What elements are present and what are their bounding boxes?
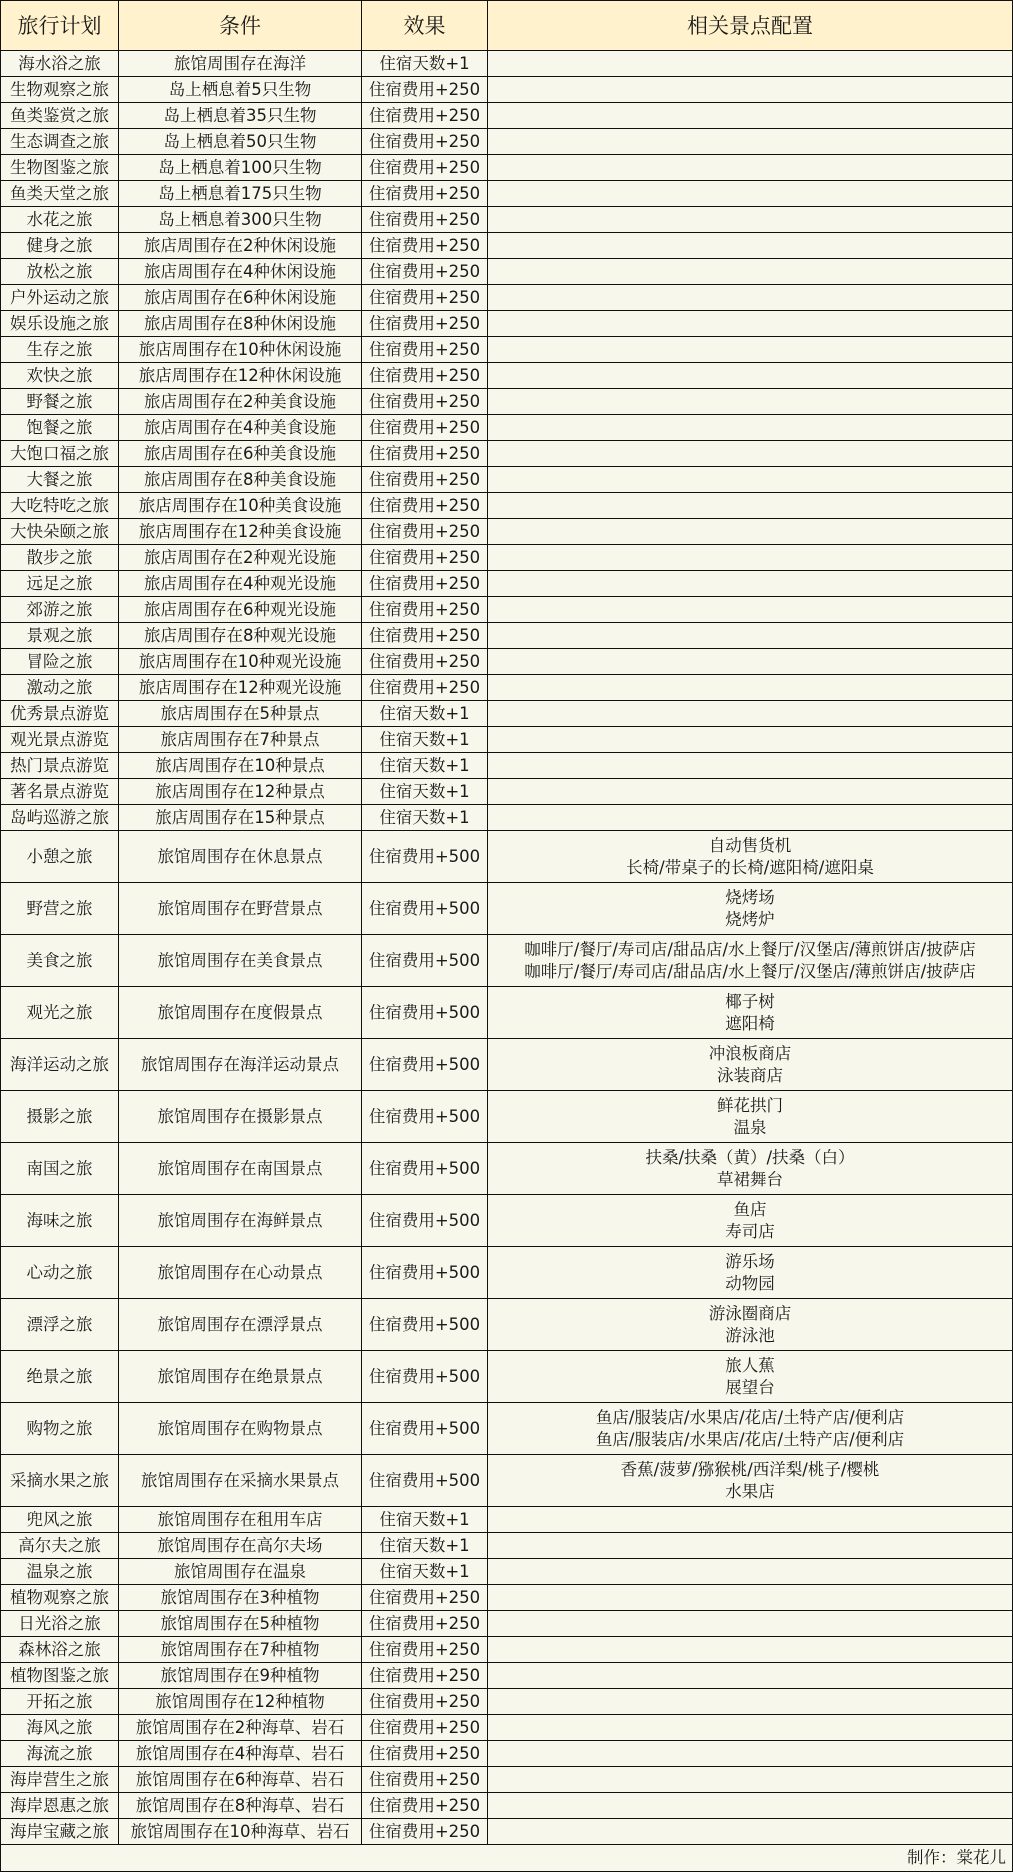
- effect-cell: 住宿费用+250: [362, 103, 488, 129]
- condition-cell: 旅店周围存在2种美食设施: [119, 389, 362, 415]
- table-row: 美食之旅旅馆周围存在美食景点住宿费用+500咖啡厅/餐厅/寿司店/甜品店/水上餐…: [1, 935, 1013, 987]
- condition-cell: 旅馆周围存在4种海草、岩石: [119, 1741, 362, 1767]
- table-row: 大饱口福之旅旅店周围存在6种美食设施住宿费用+250: [1, 441, 1013, 467]
- spot-line: 咖啡厅/餐厅/寿司店/甜品店/水上餐厅/汉堡店/薄煎饼店/披萨店: [488, 939, 1012, 961]
- plan-cell: 热门景点游览: [1, 753, 119, 779]
- spot-line: 长椅/带桌子的长椅/遮阳椅/遮阳桌: [488, 857, 1012, 879]
- table-row: 激动之旅旅店周围存在12种观光设施住宿费用+250: [1, 675, 1013, 701]
- plan-cell: 海风之旅: [1, 1715, 119, 1741]
- table-row: 生物观察之旅岛上栖息着5只生物住宿费用+250: [1, 77, 1013, 103]
- spots-cell: [488, 51, 1013, 77]
- effect-cell: 住宿费用+250: [362, 207, 488, 233]
- table-row: 购物之旅旅馆周围存在购物景点住宿费用+500鱼店/服装店/水果店/花店/土特产店…: [1, 1403, 1013, 1455]
- table-row: 景观之旅旅店周围存在8种观光设施住宿费用+250: [1, 623, 1013, 649]
- spot-line: 泳装商店: [488, 1065, 1012, 1087]
- effect-cell: 住宿费用+500: [362, 1143, 488, 1195]
- effect-cell: 住宿天数+1: [362, 779, 488, 805]
- spots-cell: [488, 753, 1013, 779]
- table-row: 观光之旅旅馆周围存在度假景点住宿费用+500椰子树遮阳椅: [1, 987, 1013, 1039]
- spots-cell: [488, 1819, 1013, 1845]
- table-row: 海味之旅旅馆周围存在海鲜景点住宿费用+500鱼店寿司店: [1, 1195, 1013, 1247]
- plan-cell: 大餐之旅: [1, 467, 119, 493]
- plan-cell: 岛屿巡游之旅: [1, 805, 119, 831]
- plan-cell: 生物观察之旅: [1, 77, 119, 103]
- spots-cell: [488, 727, 1013, 753]
- plan-cell: 日光浴之旅: [1, 1611, 119, 1637]
- spots-cell: 冲浪板商店泳装商店: [488, 1039, 1013, 1091]
- condition-cell: 旅馆周围存在10种海草、岩石: [119, 1819, 362, 1845]
- plan-cell: 娱乐设施之旅: [1, 311, 119, 337]
- condition-cell: 旅店周围存在7种景点: [119, 727, 362, 753]
- spot-line: 鱼店/服装店/水果店/花店/土特产店/便利店: [488, 1429, 1012, 1451]
- plan-cell: 冒险之旅: [1, 649, 119, 675]
- table-row: 绝景之旅旅馆周围存在绝景景点住宿费用+500旅人蕉展望台: [1, 1351, 1013, 1403]
- condition-cell: 旅馆周围存在租用车店: [119, 1507, 362, 1533]
- effect-cell: 住宿费用+250: [362, 675, 488, 701]
- condition-cell: 旅馆周围存在8种海草、岩石: [119, 1793, 362, 1819]
- plan-cell: 生存之旅: [1, 337, 119, 363]
- table-row: 郊游之旅旅店周围存在6种观光设施住宿费用+250: [1, 597, 1013, 623]
- effect-cell: 住宿费用+250: [362, 493, 488, 519]
- table-row: 心动之旅旅馆周围存在心动景点住宿费用+500游乐场动物园: [1, 1247, 1013, 1299]
- condition-cell: 旅馆周围存在绝景景点: [119, 1351, 362, 1403]
- condition-cell: 旅店周围存在10种观光设施: [119, 649, 362, 675]
- condition-cell: 旅馆周围存在度假景点: [119, 987, 362, 1039]
- spots-cell: 鲜花拱门温泉: [488, 1091, 1013, 1143]
- plan-cell: 植物图鉴之旅: [1, 1663, 119, 1689]
- effect-cell: 住宿费用+500: [362, 987, 488, 1039]
- condition-cell: 旅店周围存在4种观光设施: [119, 571, 362, 597]
- table-row: 大吃特吃之旅旅店周围存在10种美食设施住宿费用+250: [1, 493, 1013, 519]
- table-row: 生存之旅旅店周围存在10种休闲设施住宿费用+250: [1, 337, 1013, 363]
- spots-cell: [488, 181, 1013, 207]
- effect-cell: 住宿费用+250: [362, 1663, 488, 1689]
- plan-cell: 绝景之旅: [1, 1351, 119, 1403]
- condition-cell: 旅馆周围存在采摘水果景点: [119, 1455, 362, 1507]
- spots-cell: [488, 545, 1013, 571]
- table-row: 森林浴之旅旅馆周围存在7种植物住宿费用+250: [1, 1637, 1013, 1663]
- spot-line: 烧烤炉: [488, 909, 1012, 931]
- effect-cell: 住宿费用+500: [362, 1195, 488, 1247]
- effect-cell: 住宿费用+250: [362, 259, 488, 285]
- effect-cell: 住宿费用+500: [362, 1039, 488, 1091]
- spots-cell: [488, 415, 1013, 441]
- spots-cell: [488, 389, 1013, 415]
- spots-cell: 游泳圈商店游泳池: [488, 1299, 1013, 1351]
- plan-cell: 远足之旅: [1, 571, 119, 597]
- condition-cell: 旅店周围存在12种美食设施: [119, 519, 362, 545]
- plan-cell: 水花之旅: [1, 207, 119, 233]
- spots-cell: [488, 467, 1013, 493]
- condition-cell: 旅馆周围存在摄影景点: [119, 1091, 362, 1143]
- effect-cell: 住宿天数+1: [362, 1533, 488, 1559]
- spots-cell: [488, 779, 1013, 805]
- effect-cell: 住宿费用+250: [362, 441, 488, 467]
- table-row: 海岸恩惠之旅旅馆周围存在8种海草、岩石住宿费用+250: [1, 1793, 1013, 1819]
- table-row: 优秀景点游览旅店周围存在5种景点住宿天数+1: [1, 701, 1013, 727]
- plan-cell: 生物图鉴之旅: [1, 155, 119, 181]
- spot-line: 水果店: [488, 1481, 1012, 1503]
- spots-cell: [488, 77, 1013, 103]
- effect-cell: 住宿天数+1: [362, 753, 488, 779]
- effect-cell: 住宿费用+250: [362, 337, 488, 363]
- spots-cell: [488, 259, 1013, 285]
- condition-cell: 岛上栖息着100只生物: [119, 155, 362, 181]
- spot-line: 温泉: [488, 1117, 1012, 1139]
- plan-cell: 鱼类天堂之旅: [1, 181, 119, 207]
- spots-cell: [488, 1533, 1013, 1559]
- condition-cell: 旅馆周围存在购物景点: [119, 1403, 362, 1455]
- condition-cell: 岛上栖息着35只生物: [119, 103, 362, 129]
- spots-cell: [488, 103, 1013, 129]
- plan-cell: 景观之旅: [1, 623, 119, 649]
- condition-cell: 旅馆周围存在2种海草、岩石: [119, 1715, 362, 1741]
- spots-cell: [488, 441, 1013, 467]
- effect-cell: 住宿天数+1: [362, 805, 488, 831]
- table-row: 热门景点游览旅店周围存在10种景点住宿天数+1: [1, 753, 1013, 779]
- effect-cell: 住宿费用+250: [362, 545, 488, 571]
- condition-cell: 旅店周围存在12种休闲设施: [119, 363, 362, 389]
- effect-cell: 住宿费用+250: [362, 363, 488, 389]
- spots-cell: [488, 623, 1013, 649]
- plan-cell: 放松之旅: [1, 259, 119, 285]
- condition-cell: 旅店周围存在2种观光设施: [119, 545, 362, 571]
- effect-cell: 住宿天数+1: [362, 727, 488, 753]
- effect-cell: 住宿费用+250: [362, 1715, 488, 1741]
- condition-cell: 旅店周围存在8种美食设施: [119, 467, 362, 493]
- spot-line: 烧烤场: [488, 887, 1012, 909]
- spot-line: 自动售货机: [488, 835, 1012, 857]
- footer-row: 制作：棠花儿: [1, 1845, 1013, 1872]
- plan-cell: 观光景点游览: [1, 727, 119, 753]
- table-row: 水花之旅岛上栖息着300只生物住宿费用+250: [1, 207, 1013, 233]
- condition-cell: 旅馆周围存在5种植物: [119, 1611, 362, 1637]
- condition-cell: 旅店周围存在8种观光设施: [119, 623, 362, 649]
- spots-cell: [488, 1689, 1013, 1715]
- effect-cell: 住宿费用+250: [362, 1793, 488, 1819]
- effect-cell: 住宿费用+500: [362, 1299, 488, 1351]
- header-row: 旅行计划 条件 效果 相关景点配置: [1, 1, 1013, 51]
- table-row: 野营之旅旅馆周围存在野营景点住宿费用+500烧烤场烧烤炉: [1, 883, 1013, 935]
- condition-cell: 旅馆周围存在7种植物: [119, 1637, 362, 1663]
- effect-cell: 住宿费用+250: [362, 623, 488, 649]
- effect-cell: 住宿费用+250: [362, 1819, 488, 1845]
- condition-cell: 岛上栖息着50只生物: [119, 129, 362, 155]
- plan-cell: 健身之旅: [1, 233, 119, 259]
- condition-cell: 旅馆周围存在9种植物: [119, 1663, 362, 1689]
- condition-cell: 旅店周围存在6种观光设施: [119, 597, 362, 623]
- spot-line: 香蕉/菠萝/猕猴桃/西洋梨/桃子/樱桃: [488, 1459, 1012, 1481]
- plan-cell: 开拓之旅: [1, 1689, 119, 1715]
- condition-cell: 旅店周围存在12种景点: [119, 779, 362, 805]
- table-row: 日光浴之旅旅馆周围存在5种植物住宿费用+250: [1, 1611, 1013, 1637]
- header-spots: 相关景点配置: [488, 1, 1013, 51]
- spots-cell: 香蕉/菠萝/猕猴桃/西洋梨/桃子/樱桃水果店: [488, 1455, 1013, 1507]
- spots-cell: [488, 649, 1013, 675]
- plan-cell: 激动之旅: [1, 675, 119, 701]
- spot-line: 鱼店/服装店/水果店/花店/土特产店/便利店: [488, 1407, 1012, 1429]
- table-row: 植物观察之旅旅馆周围存在3种植物住宿费用+250: [1, 1585, 1013, 1611]
- table-row: 海岸营生之旅旅馆周围存在6种海草、岩石住宿费用+250: [1, 1767, 1013, 1793]
- spot-line: 展望台: [488, 1377, 1012, 1399]
- table-row: 远足之旅旅店周围存在4种观光设施住宿费用+250: [1, 571, 1013, 597]
- spots-cell: [488, 233, 1013, 259]
- spots-cell: [488, 805, 1013, 831]
- condition-cell: 岛上栖息着5只生物: [119, 77, 362, 103]
- table-row: 娱乐设施之旅旅店周围存在8种休闲设施住宿费用+250: [1, 311, 1013, 337]
- table-row: 大餐之旅旅店周围存在8种美食设施住宿费用+250: [1, 467, 1013, 493]
- condition-cell: 旅馆周围存在海洋: [119, 51, 362, 77]
- effect-cell: 住宿费用+250: [362, 311, 488, 337]
- table-row: 鱼类天堂之旅岛上栖息着175只生物住宿费用+250: [1, 181, 1013, 207]
- effect-cell: 住宿费用+250: [362, 181, 488, 207]
- condition-cell: 旅店周围存在10种景点: [119, 753, 362, 779]
- spots-cell: [488, 1767, 1013, 1793]
- spot-line: 游泳池: [488, 1325, 1012, 1347]
- plan-cell: 著名景点游览: [1, 779, 119, 805]
- condition-cell: 旅馆周围存在野营景点: [119, 883, 362, 935]
- table-row: 大快朵颐之旅旅店周围存在12种美食设施住宿费用+250: [1, 519, 1013, 545]
- spot-line: 旅人蕉: [488, 1355, 1012, 1377]
- effect-cell: 住宿费用+250: [362, 233, 488, 259]
- condition-cell: 岛上栖息着300只生物: [119, 207, 362, 233]
- spot-line: 咖啡厅/餐厅/寿司店/甜品店/水上餐厅/汉堡店/薄煎饼店/披萨店: [488, 961, 1012, 983]
- spots-cell: [488, 493, 1013, 519]
- plan-cell: 兜风之旅: [1, 1507, 119, 1533]
- spots-cell: [488, 1585, 1013, 1611]
- plan-cell: 饱餐之旅: [1, 415, 119, 441]
- spot-line: 扶桑/扶桑（黄）/扶桑（白）: [488, 1147, 1012, 1169]
- table-row: 高尔夫之旅旅馆周围存在高尔夫场住宿天数+1: [1, 1533, 1013, 1559]
- spots-cell: [488, 701, 1013, 727]
- spots-cell: [488, 1637, 1013, 1663]
- spots-cell: 烧烤场烧烤炉: [488, 883, 1013, 935]
- condition-cell: 旅店周围存在6种休闲设施: [119, 285, 362, 311]
- plan-cell: 海流之旅: [1, 1741, 119, 1767]
- table-row: 采摘水果之旅旅馆周围存在采摘水果景点住宿费用+500香蕉/菠萝/猕猴桃/西洋梨/…: [1, 1455, 1013, 1507]
- effect-cell: 住宿费用+250: [362, 1637, 488, 1663]
- table-row: 海风之旅旅馆周围存在2种海草、岩石住宿费用+250: [1, 1715, 1013, 1741]
- condition-cell: 旅店周围存在15种景点: [119, 805, 362, 831]
- condition-cell: 旅馆周围存在美食景点: [119, 935, 362, 987]
- table-row: 欢快之旅旅店周围存在12种休闲设施住宿费用+250: [1, 363, 1013, 389]
- table-row: 岛屿巡游之旅旅店周围存在15种景点住宿天数+1: [1, 805, 1013, 831]
- condition-cell: 旅馆周围存在南国景点: [119, 1143, 362, 1195]
- effect-cell: 住宿天数+1: [362, 1507, 488, 1533]
- spots-cell: 鱼店/服装店/水果店/花店/土特产店/便利店鱼店/服装店/水果店/花店/土特产店…: [488, 1403, 1013, 1455]
- effect-cell: 住宿费用+250: [362, 1767, 488, 1793]
- plan-cell: 大快朵颐之旅: [1, 519, 119, 545]
- header-plan: 旅行计划: [1, 1, 119, 51]
- table-row: 鱼类鉴赏之旅岛上栖息着35只生物住宿费用+250: [1, 103, 1013, 129]
- condition-cell: 旅馆周围存在高尔夫场: [119, 1533, 362, 1559]
- plan-cell: 大吃特吃之旅: [1, 493, 119, 519]
- condition-cell: 旅店周围存在4种美食设施: [119, 415, 362, 441]
- table-row: 温泉之旅旅馆周围存在温泉住宿天数+1: [1, 1559, 1013, 1585]
- condition-cell: 旅馆周围存在漂浮景点: [119, 1299, 362, 1351]
- condition-cell: 旅馆周围存在温泉: [119, 1559, 362, 1585]
- condition-cell: 旅店周围存在6种美食设施: [119, 441, 362, 467]
- table-row: 兜风之旅旅馆周围存在租用车店住宿天数+1: [1, 1507, 1013, 1533]
- plan-cell: 采摘水果之旅: [1, 1455, 119, 1507]
- condition-cell: 旅店周围存在4种休闲设施: [119, 259, 362, 285]
- plan-cell: 优秀景点游览: [1, 701, 119, 727]
- spots-cell: [488, 675, 1013, 701]
- plan-cell: 植物观察之旅: [1, 1585, 119, 1611]
- spots-cell: [488, 571, 1013, 597]
- plan-cell: 海味之旅: [1, 1195, 119, 1247]
- effect-cell: 住宿费用+250: [362, 155, 488, 181]
- effect-cell: 住宿费用+500: [362, 935, 488, 987]
- table-row: 植物图鉴之旅旅馆周围存在9种植物住宿费用+250: [1, 1663, 1013, 1689]
- effect-cell: 住宿费用+500: [362, 831, 488, 883]
- plan-cell: 美食之旅: [1, 935, 119, 987]
- plan-cell: 海洋运动之旅: [1, 1039, 119, 1091]
- condition-cell: 旅店周围存在12种观光设施: [119, 675, 362, 701]
- effect-cell: 住宿费用+250: [362, 389, 488, 415]
- table-row: 饱餐之旅旅店周围存在4种美食设施住宿费用+250: [1, 415, 1013, 441]
- condition-cell: 旅馆周围存在3种植物: [119, 1585, 362, 1611]
- effect-cell: 住宿天数+1: [362, 701, 488, 727]
- effect-cell: 住宿费用+250: [362, 1611, 488, 1637]
- table-row: 著名景点游览旅店周围存在12种景点住宿天数+1: [1, 779, 1013, 805]
- plan-cell: 散步之旅: [1, 545, 119, 571]
- plan-cell: 海水浴之旅: [1, 51, 119, 77]
- plan-cell: 心动之旅: [1, 1247, 119, 1299]
- condition-cell: 旅店周围存在2种休闲设施: [119, 233, 362, 259]
- spots-cell: 椰子树遮阳椅: [488, 987, 1013, 1039]
- effect-cell: 住宿费用+250: [362, 415, 488, 441]
- table-body: 海水浴之旅旅馆周围存在海洋住宿天数+1生物观察之旅岛上栖息着5只生物住宿费用+2…: [1, 51, 1013, 1845]
- plan-cell: 鱼类鉴赏之旅: [1, 103, 119, 129]
- author-credit: 制作：棠花儿: [1, 1845, 1013, 1872]
- condition-cell: 旅店周围存在5种景点: [119, 701, 362, 727]
- table-row: 漂浮之旅旅馆周围存在漂浮景点住宿费用+500游泳圈商店游泳池: [1, 1299, 1013, 1351]
- table-row: 散步之旅旅店周围存在2种观光设施住宿费用+250: [1, 545, 1013, 571]
- spots-cell: [488, 1741, 1013, 1767]
- plan-cell: 高尔夫之旅: [1, 1533, 119, 1559]
- plan-cell: 海岸营生之旅: [1, 1767, 119, 1793]
- spots-cell: [488, 1793, 1013, 1819]
- spot-line: 寿司店: [488, 1221, 1012, 1243]
- table-row: 开拓之旅旅馆周围存在12种植物住宿费用+250: [1, 1689, 1013, 1715]
- table-row: 海流之旅旅馆周围存在4种海草、岩石住宿费用+250: [1, 1741, 1013, 1767]
- condition-cell: 旅店周围存在10种休闲设施: [119, 337, 362, 363]
- table-row: 生态调查之旅岛上栖息着50只生物住宿费用+250: [1, 129, 1013, 155]
- spot-line: 鱼店: [488, 1199, 1012, 1221]
- condition-cell: 旅店周围存在8种休闲设施: [119, 311, 362, 337]
- plan-cell: 摄影之旅: [1, 1091, 119, 1143]
- table-row: 冒险之旅旅店周围存在10种观光设施住宿费用+250: [1, 649, 1013, 675]
- plan-cell: 郊游之旅: [1, 597, 119, 623]
- effect-cell: 住宿天数+1: [362, 1559, 488, 1585]
- header-effect: 效果: [362, 1, 488, 51]
- condition-cell: 旅馆周围存在6种海草、岩石: [119, 1767, 362, 1793]
- plan-cell: 欢快之旅: [1, 363, 119, 389]
- spots-cell: [488, 155, 1013, 181]
- plan-cell: 野餐之旅: [1, 389, 119, 415]
- table-row: 户外运动之旅旅店周围存在6种休闲设施住宿费用+250: [1, 285, 1013, 311]
- table-row: 野餐之旅旅店周围存在2种美食设施住宿费用+250: [1, 389, 1013, 415]
- spots-cell: 自动售货机长椅/带桌子的长椅/遮阳椅/遮阳桌: [488, 831, 1013, 883]
- spots-cell: [488, 1559, 1013, 1585]
- effect-cell: 住宿费用+500: [362, 1091, 488, 1143]
- spots-cell: [488, 311, 1013, 337]
- plan-cell: 温泉之旅: [1, 1559, 119, 1585]
- spots-cell: 旅人蕉展望台: [488, 1351, 1013, 1403]
- plan-cell: 漂浮之旅: [1, 1299, 119, 1351]
- spot-line: 鲜花拱门: [488, 1095, 1012, 1117]
- header-condition: 条件: [119, 1, 362, 51]
- spots-cell: [488, 363, 1013, 389]
- effect-cell: 住宿费用+250: [362, 519, 488, 545]
- plan-cell: 森林浴之旅: [1, 1637, 119, 1663]
- effect-cell: 住宿费用+250: [362, 571, 488, 597]
- effect-cell: 住宿费用+500: [362, 1455, 488, 1507]
- travel-plan-table: 旅行计划 条件 效果 相关景点配置 海水浴之旅旅馆周围存在海洋住宿天数+1生物观…: [0, 0, 1013, 1871]
- effect-cell: 住宿费用+250: [362, 597, 488, 623]
- spots-cell: [488, 285, 1013, 311]
- spot-line: 游乐场: [488, 1251, 1012, 1273]
- effect-cell: 住宿费用+500: [362, 1351, 488, 1403]
- plan-cell: 观光之旅: [1, 987, 119, 1039]
- spots-cell: 咖啡厅/餐厅/寿司店/甜品店/水上餐厅/汉堡店/薄煎饼店/披萨店咖啡厅/餐厅/寿…: [488, 935, 1013, 987]
- spots-cell: 鱼店寿司店: [488, 1195, 1013, 1247]
- spots-cell: [488, 1507, 1013, 1533]
- plan-cell: 购物之旅: [1, 1403, 119, 1455]
- condition-cell: 旅馆周围存在海鲜景点: [119, 1195, 362, 1247]
- spots-cell: [488, 337, 1013, 363]
- effect-cell: 住宿费用+250: [362, 1585, 488, 1611]
- spot-line: 动物园: [488, 1273, 1012, 1295]
- table-row: 摄影之旅旅馆周围存在摄影景点住宿费用+500鲜花拱门温泉: [1, 1091, 1013, 1143]
- condition-cell: 旅馆周围存在心动景点: [119, 1247, 362, 1299]
- spot-line: 游泳圈商店: [488, 1303, 1012, 1325]
- table-row: 南国之旅旅馆周围存在南国景点住宿费用+500扶桑/扶桑（黄）/扶桑（白）草裙舞台: [1, 1143, 1013, 1195]
- plan-cell: 户外运动之旅: [1, 285, 119, 311]
- spot-line: 草裙舞台: [488, 1169, 1012, 1191]
- plan-cell: 海岸恩惠之旅: [1, 1793, 119, 1819]
- spots-cell: [488, 519, 1013, 545]
- spots-cell: [488, 1663, 1013, 1689]
- plan-cell: 南国之旅: [1, 1143, 119, 1195]
- spot-line: 椰子树: [488, 991, 1012, 1013]
- spots-cell: [488, 207, 1013, 233]
- condition-cell: 旅馆周围存在12种植物: [119, 1689, 362, 1715]
- condition-cell: 岛上栖息着175只生物: [119, 181, 362, 207]
- effect-cell: 住宿费用+500: [362, 883, 488, 935]
- effect-cell: 住宿费用+250: [362, 1689, 488, 1715]
- effect-cell: 住宿费用+250: [362, 467, 488, 493]
- spots-cell: [488, 129, 1013, 155]
- table-row: 放松之旅旅店周围存在4种休闲设施住宿费用+250: [1, 259, 1013, 285]
- table-row: 小憩之旅旅馆周围存在休息景点住宿费用+500自动售货机长椅/带桌子的长椅/遮阳椅…: [1, 831, 1013, 883]
- table-row: 海洋运动之旅旅馆周围存在海洋运动景点住宿费用+500冲浪板商店泳装商店: [1, 1039, 1013, 1091]
- plan-cell: 海岸宝藏之旅: [1, 1819, 119, 1845]
- condition-cell: 旅店周围存在10种美食设施: [119, 493, 362, 519]
- spots-cell: 扶桑/扶桑（黄）/扶桑（白）草裙舞台: [488, 1143, 1013, 1195]
- table-row: 海水浴之旅旅馆周围存在海洋住宿天数+1: [1, 51, 1013, 77]
- table-row: 观光景点游览旅店周围存在7种景点住宿天数+1: [1, 727, 1013, 753]
- effect-cell: 住宿天数+1: [362, 51, 488, 77]
- effect-cell: 住宿费用+250: [362, 649, 488, 675]
- spot-line: 遮阳椅: [488, 1013, 1012, 1035]
- effect-cell: 住宿费用+250: [362, 77, 488, 103]
- effect-cell: 住宿费用+500: [362, 1247, 488, 1299]
- spot-line: 冲浪板商店: [488, 1043, 1012, 1065]
- effect-cell: 住宿费用+250: [362, 285, 488, 311]
- effect-cell: 住宿费用+250: [362, 1741, 488, 1767]
